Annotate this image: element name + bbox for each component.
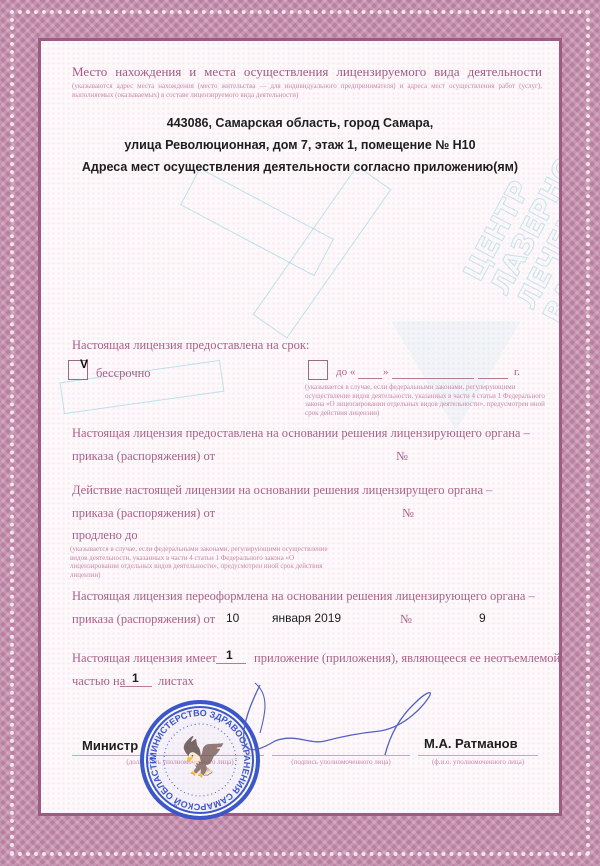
reissued-day: 10 <box>226 611 239 625</box>
until-note: (указывается в случае, если федеральными… <box>305 383 545 417</box>
appendix-sheets: 1 <box>132 671 139 685</box>
granted-number-label: № <box>396 449 408 464</box>
appendix-line2-prefix: частью на <box>72 674 125 689</box>
address-line-1: 443086, Самарская область, город Самара, <box>60 116 540 130</box>
until-checkbox[interactable] <box>308 360 328 380</box>
appendix-count: 1 <box>226 648 233 662</box>
until-prefix: до « <box>336 366 355 378</box>
extended-until-label: продлено до <box>72 528 138 543</box>
signatory-position: Министр <box>82 738 138 753</box>
appendix-sheets-field <box>120 686 152 687</box>
check-mark-icon: V <box>80 358 88 370</box>
location-note: (указываются адрес места нахождения (мес… <box>72 82 542 99</box>
indefinite-label: бессрочно <box>96 366 151 381</box>
until-year-field[interactable] <box>478 378 508 379</box>
extended-note: (указывается в случае, если федеральными… <box>70 545 330 579</box>
reissued-month-year: января 2019 <box>272 611 341 625</box>
appendix-suffix: приложение (приложения), являющееся ее н… <box>254 651 560 666</box>
handwritten-signature <box>220 675 450 765</box>
appendix-count-field <box>216 663 246 664</box>
address-line-2: улица Революционная, дом 7, этаж 1, поме… <box>60 138 540 152</box>
reissued-number-label: № <box>400 612 412 627</box>
until-suffix: г. <box>514 366 520 378</box>
watermark-text: ЦЕНТР ЛАЗЕРНОГО ЛЕЧЕНИЯ ВАРИКОЗА <box>458 101 559 328</box>
granted-line-1: Настоящая лицензия предоставлена на осно… <box>72 426 530 441</box>
term-label: Настоящая лицензия предоставлена на срок… <box>72 338 309 353</box>
appendix-line2-suffix: листах <box>158 674 194 689</box>
address-line-3: Адреса мест осуществления деятельности с… <box>60 160 540 174</box>
until-day-field[interactable] <box>358 378 382 379</box>
extended-line-2: приказа (распоряжения) от <box>72 506 215 521</box>
extended-line-1: Действие настоящей лицензии на основании… <box>72 483 492 498</box>
until-mid: » <box>383 366 389 378</box>
reissued-number: 9 <box>479 611 486 625</box>
location-heading: Место нахождения и места осуществления л… <box>72 64 542 80</box>
extended-number-label: № <box>402 506 414 521</box>
reissued-line-1: Настоящая лицензия переоформлена на осно… <box>72 589 535 604</box>
coat-of-arms-icon: 🦅 <box>180 734 220 782</box>
reissued-line-2: приказа (распоряжения) от <box>72 612 215 627</box>
appendix-prefix: Настоящая лицензия имеет <box>72 651 217 666</box>
granted-line-2: приказа (распоряжения) от <box>72 449 215 464</box>
until-month-field[interactable] <box>392 378 474 379</box>
